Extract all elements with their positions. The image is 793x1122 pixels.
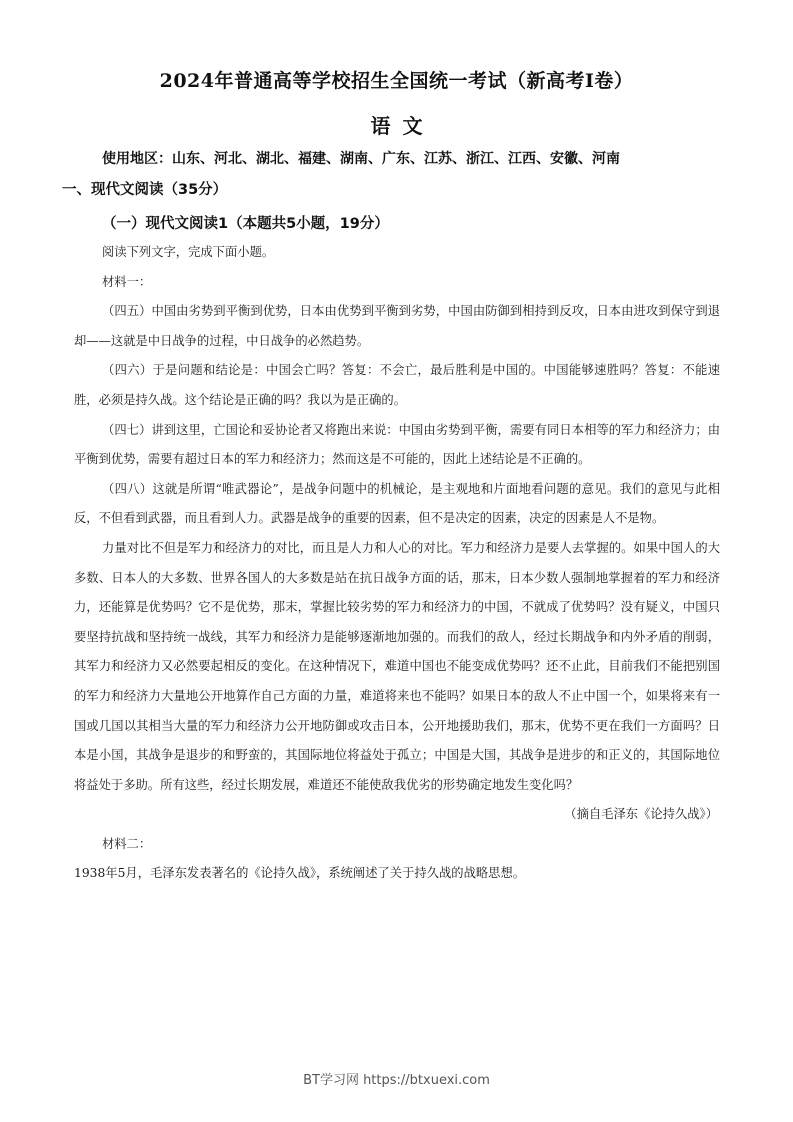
exam-title: 2024年普通高等学校招生全国统一考试（新高考Ⅰ卷） [0,66,793,93]
citation: （摘自毛泽东《论持久战》） [74,800,720,830]
paragraph-48: （四八）这就是所谓“唯武器论”，是战争问题中的机械论，是主观地和片面地看问题的意… [74,475,720,534]
subject-title: 语文 [0,110,793,139]
reading-body: 阅读下列文字，完成下面小题。 材料一： （四五）中国由劣势到平衡到优势，日本由优… [74,238,720,889]
section-heading: 一、现代文阅读（35分） [62,178,227,199]
exam-page: 2024年普通高等学校招生全国统一考试（新高考Ⅰ卷） 语文 使用地区：山东、河北… [0,0,793,1122]
paragraph-45: （四五）中国由劣势到平衡到优势，日本由优势到平衡到劣势，中国由防御到相持到反攻，… [74,297,720,356]
subject-char-1: 语 [371,114,391,138]
paragraph-46: （四六）于是问题和结论是：中国会亡吗？答复：不会亡，最后胜利是中国的。中国能够速… [74,356,720,415]
material-two-text: 1938年5月，毛泽东发表著名的《论持久战》，系统阐述了关于持久战的战略思想。 [74,859,720,889]
usage-regions: 使用地区：山东、河北、湖北、福建、湖南、广东、江苏、浙江、江西、安徽、河南 [102,148,722,168]
material-one-label: 材料一： [74,268,720,298]
paragraph-48-continued: 力量对比不但是军力和经济力的对比，而且是人力和人心的对比。军力和经济力是要人去掌… [74,534,720,800]
instruction-text: 阅读下列文字，完成下面小题。 [74,238,720,268]
paragraph-47: （四七）讲到这里，亡国论和妥协论者又将跑出来说：中国由劣势到平衡，需要有同日本相… [74,416,720,475]
material-two-label: 材料二： [74,830,720,860]
watermark-footer: BT学习网 https://btxuexi.com [0,1069,793,1088]
subsection-heading: （一）现代文阅读1（本题共5小题，19分） [102,212,389,233]
subject-char-2: 文 [403,114,423,138]
